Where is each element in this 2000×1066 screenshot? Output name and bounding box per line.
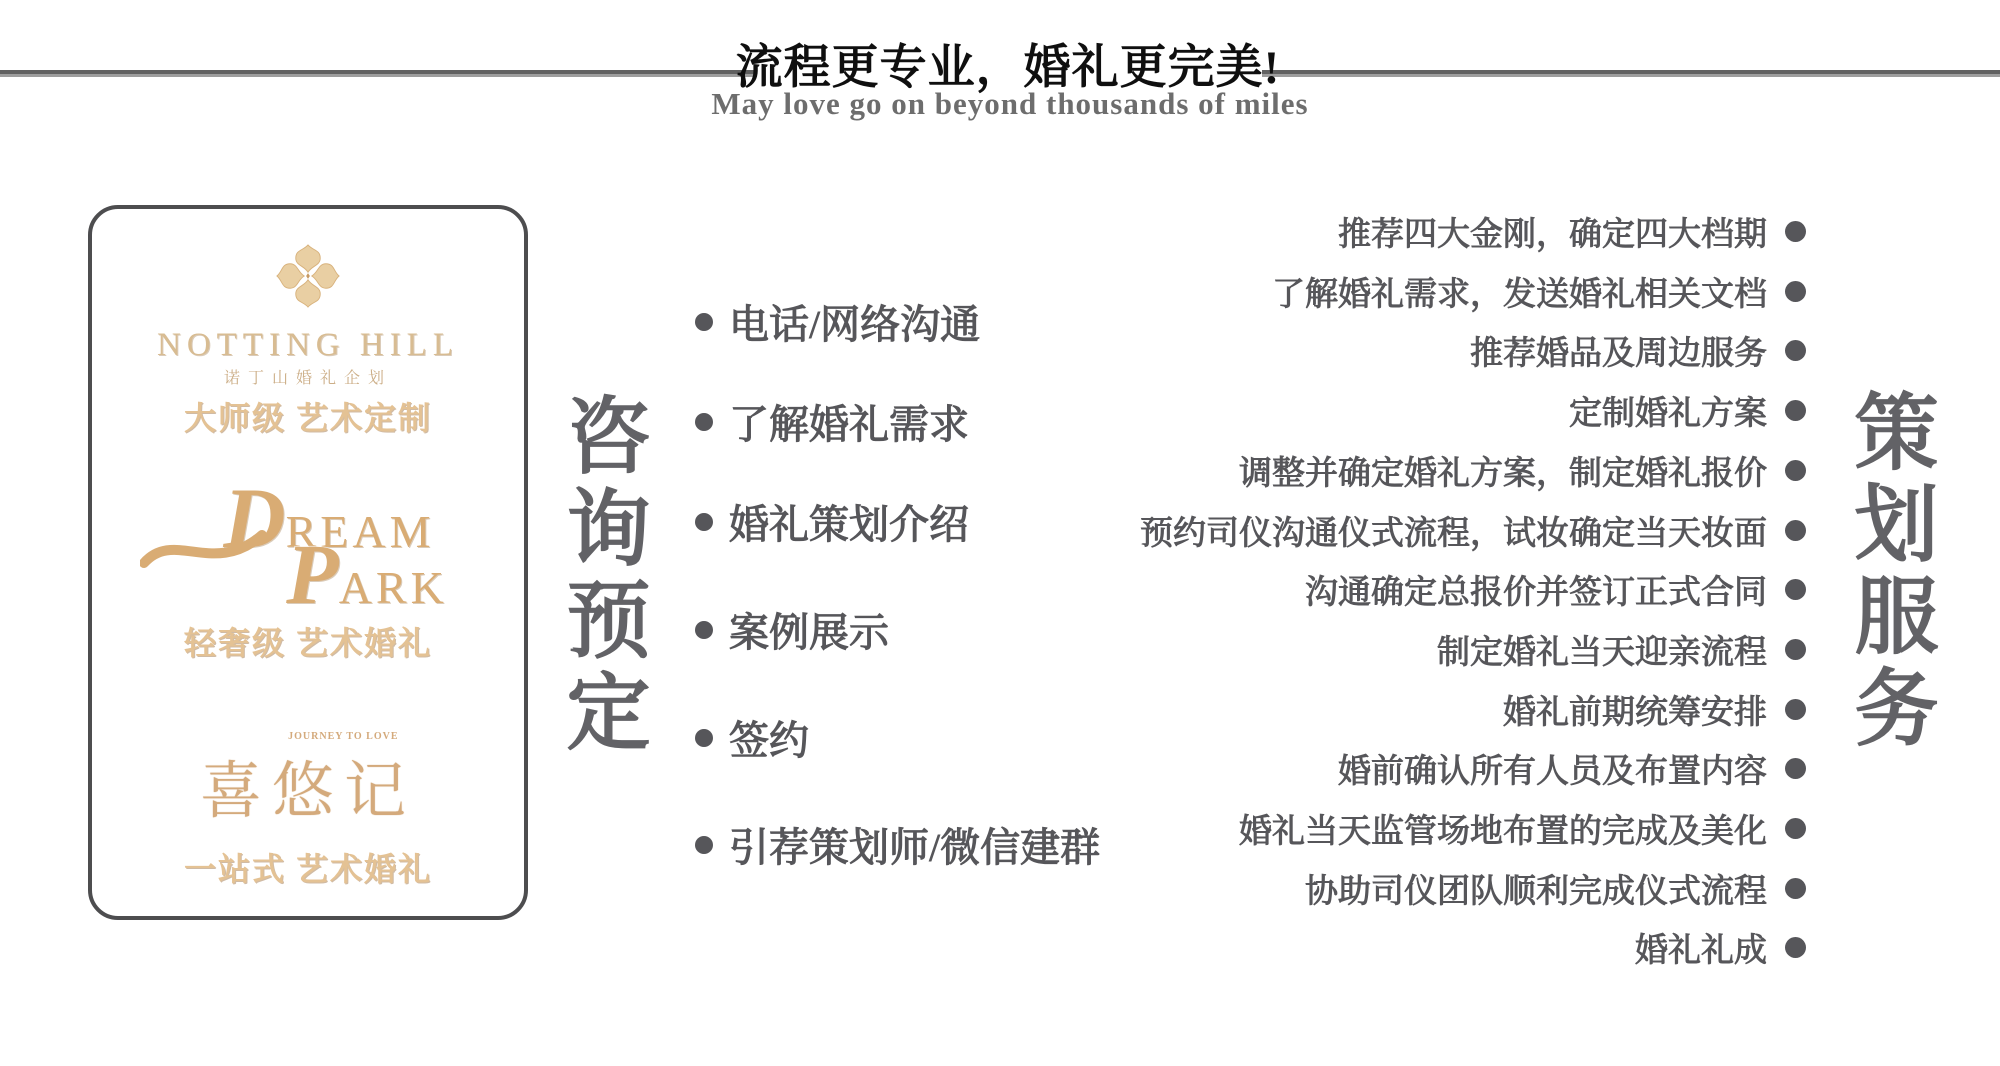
bullet-icon (695, 413, 713, 431)
consult-item-label: 了解婚礼需求 (729, 393, 969, 450)
journey-to-love-tagline: 一站式 艺术婚礼 (92, 844, 524, 890)
brand-card: NOTTING HILL 诺丁山婚礼企划 大师级 艺术定制 DREAM PARK… (88, 205, 528, 920)
plan-item-label: 定制婚礼方案 (1569, 387, 1767, 434)
plan-item-label: 制定婚礼当天迎亲流程 (1437, 626, 1767, 673)
header-divider-right (1262, 70, 2000, 77)
consult-item-label: 签约 (729, 709, 809, 766)
bullet-icon (695, 836, 713, 854)
bullet-icon (1785, 758, 1806, 779)
notting-hill-tagline: 大师级 艺术定制 (92, 393, 524, 439)
list-item: 婚礼前期统筹安排 (1503, 686, 1806, 733)
planning-section-title: 策划服务 (1846, 388, 1930, 756)
plan-item-label: 预约司仪沟通仪式流程，试妆确定当天妆面 (1140, 507, 1767, 554)
list-item: 推荐婚品及周边服务 (1470, 327, 1806, 374)
bullet-icon (1785, 520, 1806, 541)
page-subtitle: May love go on beyond thousands of miles (610, 86, 1410, 122)
poster: 流程更专业，婚礼更完美! May love go on beyond thous… (0, 0, 2000, 1066)
list-item: 婚礼当天监管场地布置的完成及美化 (1239, 805, 1806, 852)
bullet-icon (695, 621, 713, 639)
notting-hill-chinese-name: 诺丁山婚礼企划 (92, 365, 524, 388)
park-rest: ARK (339, 562, 448, 613)
plan-item-label: 婚礼前期统筹安排 (1503, 686, 1767, 733)
bullet-icon (1785, 400, 1806, 421)
plan-item-label: 婚前确认所有人员及布置内容 (1338, 745, 1767, 792)
bullet-icon (1785, 340, 1806, 361)
list-item: 推荐四大金刚，确定四大档期 (1338, 208, 1806, 255)
flourish-icon (140, 511, 270, 581)
list-item: 婚礼礼成 (1635, 924, 1806, 971)
list-item: 婚前确认所有人员及布置内容 (1338, 745, 1806, 792)
dream-park-tagline: 轻奢级 艺术婚礼 (92, 618, 524, 664)
plan-item-label: 婚礼礼成 (1635, 924, 1767, 971)
bullet-icon (1785, 221, 1806, 242)
consult-item-label: 婚礼策划介绍 (729, 493, 969, 550)
notting-hill-logo-text: NOTTING HILL (92, 327, 524, 364)
plan-item-label: 沟通确定总报价并签订正式合同 (1305, 566, 1767, 613)
bullet-icon (695, 513, 713, 531)
dream-park-logo: DREAM PARK (92, 475, 524, 617)
consult-item-label: 引荐策划师/微信建群 (729, 816, 1100, 873)
journey-to-love-logo: JOURNEY TO LOVE 喜悠记 (92, 727, 524, 830)
list-item: 了解婚礼需求，发送婚礼相关文档 (1272, 268, 1806, 315)
consult-section-title: 咨询预定 (558, 392, 642, 760)
list-item: 案例展示 (695, 601, 889, 658)
bullet-icon (1785, 937, 1806, 958)
list-item: 签约 (695, 709, 809, 766)
list-item: 定制婚礼方案 (1569, 387, 1806, 434)
plan-item-label: 推荐婚品及周边服务 (1470, 327, 1767, 374)
list-item: 调整并确定婚礼方案，制定婚礼报价 (1239, 447, 1806, 494)
bullet-icon (1785, 281, 1806, 302)
bullet-icon (1785, 699, 1806, 720)
bullet-icon (695, 313, 713, 331)
list-item: 预约司仪沟通仪式流程，试妆确定当天妆面 (1140, 507, 1806, 554)
bullet-icon (1785, 579, 1806, 600)
list-item: 沟通确定总报价并签订正式合同 (1305, 566, 1806, 613)
bullet-icon (1785, 818, 1806, 839)
plan-item-label: 婚礼当天监管场地布置的完成及美化 (1239, 805, 1767, 852)
bullet-icon (695, 729, 713, 747)
list-item: 电话/网络沟通 (695, 293, 980, 350)
consult-item-label: 案例展示 (729, 601, 889, 658)
list-item: 婚礼策划介绍 (695, 493, 969, 550)
bullet-icon (1785, 639, 1806, 660)
list-item: 引荐策划师/微信建群 (695, 816, 1100, 873)
journey-to-love-name: 喜悠记 (92, 741, 524, 830)
bullet-icon (1785, 460, 1806, 481)
journey-to-love-english: JOURNEY TO LOVE (288, 731, 398, 742)
plan-item-label: 推荐四大金刚，确定四大档期 (1338, 208, 1767, 255)
plan-item-label: 了解婚礼需求，发送婚礼相关文档 (1272, 268, 1767, 315)
consult-item-label: 电话/网络沟通 (729, 293, 980, 350)
park-initial: P (286, 526, 339, 622)
list-item: 了解婚礼需求 (695, 393, 969, 450)
flower-icon (92, 244, 524, 313)
plan-item-label: 协助司仪团队顺利完成仪式流程 (1305, 865, 1767, 912)
list-item: 制定婚礼当天迎亲流程 (1437, 626, 1806, 673)
bullet-icon (1785, 878, 1806, 899)
plan-item-label: 调整并确定婚礼方案，制定婚礼报价 (1239, 447, 1767, 494)
list-item: 协助司仪团队顺利完成仪式流程 (1305, 865, 1806, 912)
header-divider-left (0, 70, 757, 77)
